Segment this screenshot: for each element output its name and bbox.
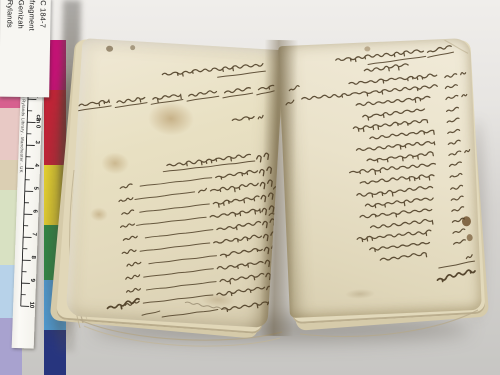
ruler-number-10: 10 (28, 301, 34, 308)
ruler-number-4: 4 (33, 163, 39, 167)
ruler-number-9: 9 (29, 278, 35, 282)
handwriting-left (66, 38, 285, 328)
ruler-number-8: 8 (30, 255, 36, 259)
ruler-number-7: 7 (31, 232, 37, 236)
archive-label: Rylands Genizah fragment C 184-7 (0, 0, 51, 97)
ruler-number-3: 3 (34, 140, 40, 144)
handwriting-right (278, 38, 482, 318)
ruler-number-6: 6 (31, 209, 37, 213)
manuscript-photo: Image © John Rylands Library . Mancheste… (0, 0, 500, 375)
right-page (278, 38, 482, 318)
left-page (66, 38, 285, 328)
ruler-number-5: 5 (32, 186, 38, 190)
ruler-number-2: 2 (35, 117, 41, 121)
